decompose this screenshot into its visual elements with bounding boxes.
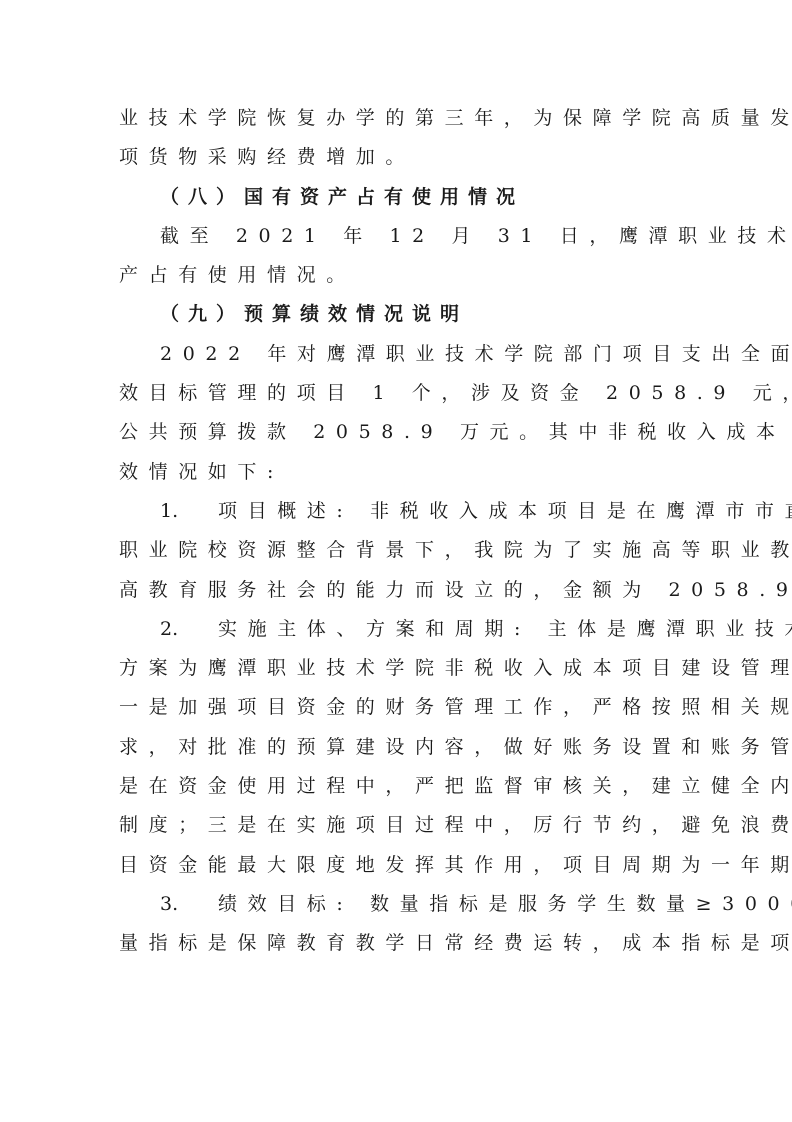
body-text-line: 项货物采购经费增加。 — [119, 138, 675, 177]
body-text-line: 是在资金使用过程中，严把监督审核关，建立健全内部审批 — [119, 767, 675, 806]
body-text-line: 业技术学院恢复办学的第三年，为保障学院高质量发展，各 — [119, 99, 675, 138]
body-text-line: 求，对批准的预算建设内容，做好账务设置和账务管理；二 — [119, 728, 675, 767]
body-text-line: 目资金能最大限度地发挥其作用，项目周期为一年期限。 — [119, 846, 675, 885]
list-number: 1. — [119, 492, 218, 531]
paragraph-first-line: 截至 2021 年 12 月 31 日，鹰潭职业技术学院无国有资 — [119, 217, 675, 256]
body-text-line: 量指标是保障教育教学日常经费运转，成本指标是项目成本 — [119, 924, 675, 963]
body-text-line: 职业院校资源整合背景下，我院为了实施高等职业教育，提 — [119, 531, 675, 570]
list-item-text: 绩效目标: 数量指标是服务学生数量≥3000 人，质 — [218, 893, 792, 915]
body-text-line: 产占有使用情况。 — [119, 256, 675, 295]
list-number: 2. — [119, 610, 218, 649]
section-heading-8: （八）国有资产占有使用情况 — [119, 178, 675, 217]
body-text-line: 一是加强项目资金的财务管理工作，严格按照相关规定要 — [119, 688, 675, 727]
list-item-1: 1.项目概述: 非税收入成本项目是在鹰潭市市直公办 — [119, 492, 675, 531]
document-page: 业技术学院恢复办学的第三年，为保障学院高质量发展，各 项货物采购经费增加。 （八… — [119, 99, 675, 964]
list-item-text: 实施主体、方案和周期: 主体是鹰潭职业技术学院， — [218, 618, 792, 640]
body-text-line: 公共预算拨款 2058.9 万元。其中非税收入成本 2022 项目绩 — [119, 413, 675, 452]
body-text-line: 方案为鹰潭职业技术学院非税收入成本项目建设管理方案， — [119, 649, 675, 688]
body-text-line: 效目标管理的项目 1 个，涉及资金 2058.9 元，其中，一般 — [119, 374, 675, 413]
paragraph-first-line: 2022 年对鹰潭职业技术学院部门项目支出全面实施绩 — [119, 335, 675, 374]
list-item-text: 项目概述: 非税收入成本项目是在鹰潭市市直公办 — [218, 500, 792, 522]
body-text-line: 效情况如下: — [119, 453, 675, 492]
body-text-line: 高教育服务社会的能力而设立的，金额为 2058.9 万元。 — [119, 571, 675, 610]
section-heading-9: （九）预算绩效情况说明 — [119, 295, 675, 334]
list-item-3: 3.绩效目标: 数量指标是服务学生数量≥3000 人，质 — [119, 885, 675, 924]
list-number: 3. — [119, 885, 218, 924]
list-item-2: 2.实施主体、方案和周期: 主体是鹰潭职业技术学院， — [119, 610, 675, 649]
body-text-line: 制度；三是在实施项目过程中，厉行节约，避免浪费，使项 — [119, 806, 675, 845]
